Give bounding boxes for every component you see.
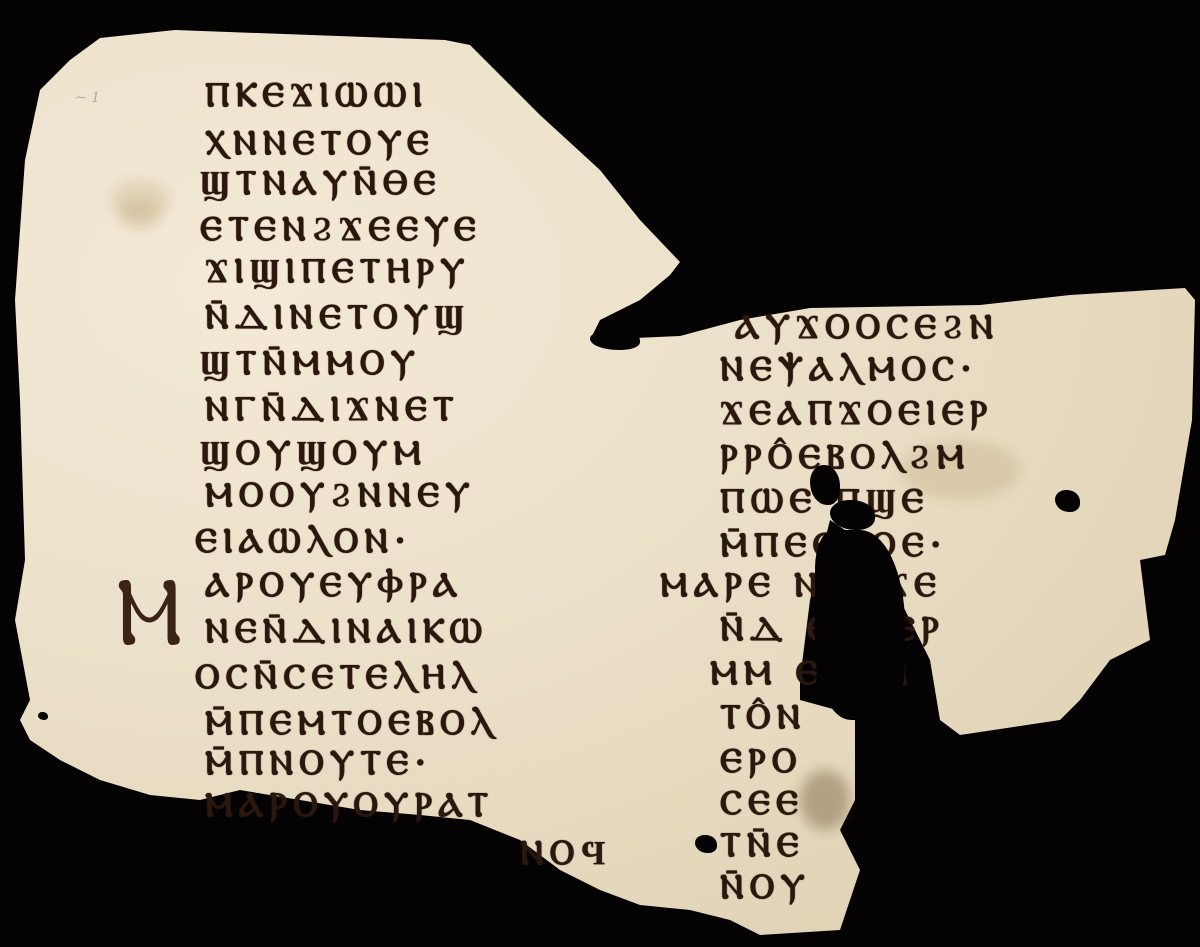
manuscript-line: ϪⲈⲀⲠϪⲞⲈⲒⲈⲢ xyxy=(720,396,994,430)
manuscript-line: ⲬⲚⲚⲈⲦⲞⲨⲈ xyxy=(205,126,435,160)
manuscript-line: ⲚⲞϤ xyxy=(520,836,611,870)
manuscript-line: Ⲙ̄ⲠⲚⲞⲨⲦⲈ· xyxy=(205,746,432,780)
manuscript-line: ⲈⲒⲀⲰⲖⲞⲚ· xyxy=(195,524,412,558)
manuscript-line: ⲞⲤⲚ̄ⲤⲈⲦⲈⲖⲎⲖ xyxy=(195,660,480,694)
manuscript-line: ⲠⲔⲈϪⲒⲰⲰⲒ xyxy=(205,78,428,112)
manuscript-line: ⲈⲦⲈⲚϨϪⲈⲈⲨⲈ xyxy=(200,212,482,246)
manuscript-line: Ⲛ̄ⲆⲒⲚⲈⲦⲞⲨϢ xyxy=(205,300,470,334)
hole xyxy=(695,835,717,853)
hole xyxy=(1055,490,1080,512)
stain xyxy=(120,200,160,230)
parchment-fragment xyxy=(0,0,1200,947)
manuscript-line: ⲀⲨϪⲞⲞⲤⲈϨⲚ xyxy=(735,310,999,344)
manuscript-line: ⲈⲢⲞ xyxy=(720,744,803,778)
manuscript-line: ⲘⲀⲢⲞⲨⲞⲨⲢⲀⲦ xyxy=(205,788,494,822)
manuscript-line: ⲢⲢⲞ̂ⲈⲂⲞⲖϨⲘ xyxy=(720,440,970,474)
manuscript-line: Ⲛ̄ⲞⲨ xyxy=(720,870,811,904)
manuscript-line: ⲀⲢⲞⲨⲈⲨⲪⲢⲀ xyxy=(205,568,463,602)
decorated-initial: Ⲙ xyxy=(116,565,187,660)
manuscript-line: ⲚⲄⲚ̄ⲆⲒϪⲚⲈⲦ xyxy=(205,392,460,426)
manuscript-line: ϢⲦⲚⲀⲨⲚ̄ⲐⲈ xyxy=(200,166,442,200)
manuscript-line: ⲚⲈⲮⲀⲖⲘⲞⲤ· xyxy=(720,352,978,386)
burn-stain xyxy=(800,770,850,830)
manuscript-line: ⲘⲞⲞⲨϨⲚⲚⲈⲨ xyxy=(205,478,476,512)
manuscript-line: ϢⲞⲨϢⲞⲨⲘ xyxy=(200,436,427,470)
hole xyxy=(38,712,48,720)
manuscript-line: ⲦⲚ̄Ⲉ xyxy=(720,828,805,862)
manuscript-line: ⲦⲞ̂Ⲛ xyxy=(720,700,806,734)
manuscript-line: ⲚⲈⲚ̄ⲆⲒⲚⲀⲒⲔⲰ xyxy=(205,614,488,648)
manuscript-line: ϪⲒϢⲒⲠⲈⲦⲎⲢⲨ xyxy=(205,254,471,288)
manuscript-line: Ⲙ̄ⲠⲈⲘⲦⲞⲈⲂⲞⲖ xyxy=(205,706,499,740)
pencil-note: ~ 1 xyxy=(75,90,100,106)
manuscript-line: ϢⲦⲚ̄ⲘⲘⲞⲨ xyxy=(200,346,421,380)
tear xyxy=(815,530,905,720)
manuscript-line: ⲤⲈⲈ xyxy=(720,786,804,820)
